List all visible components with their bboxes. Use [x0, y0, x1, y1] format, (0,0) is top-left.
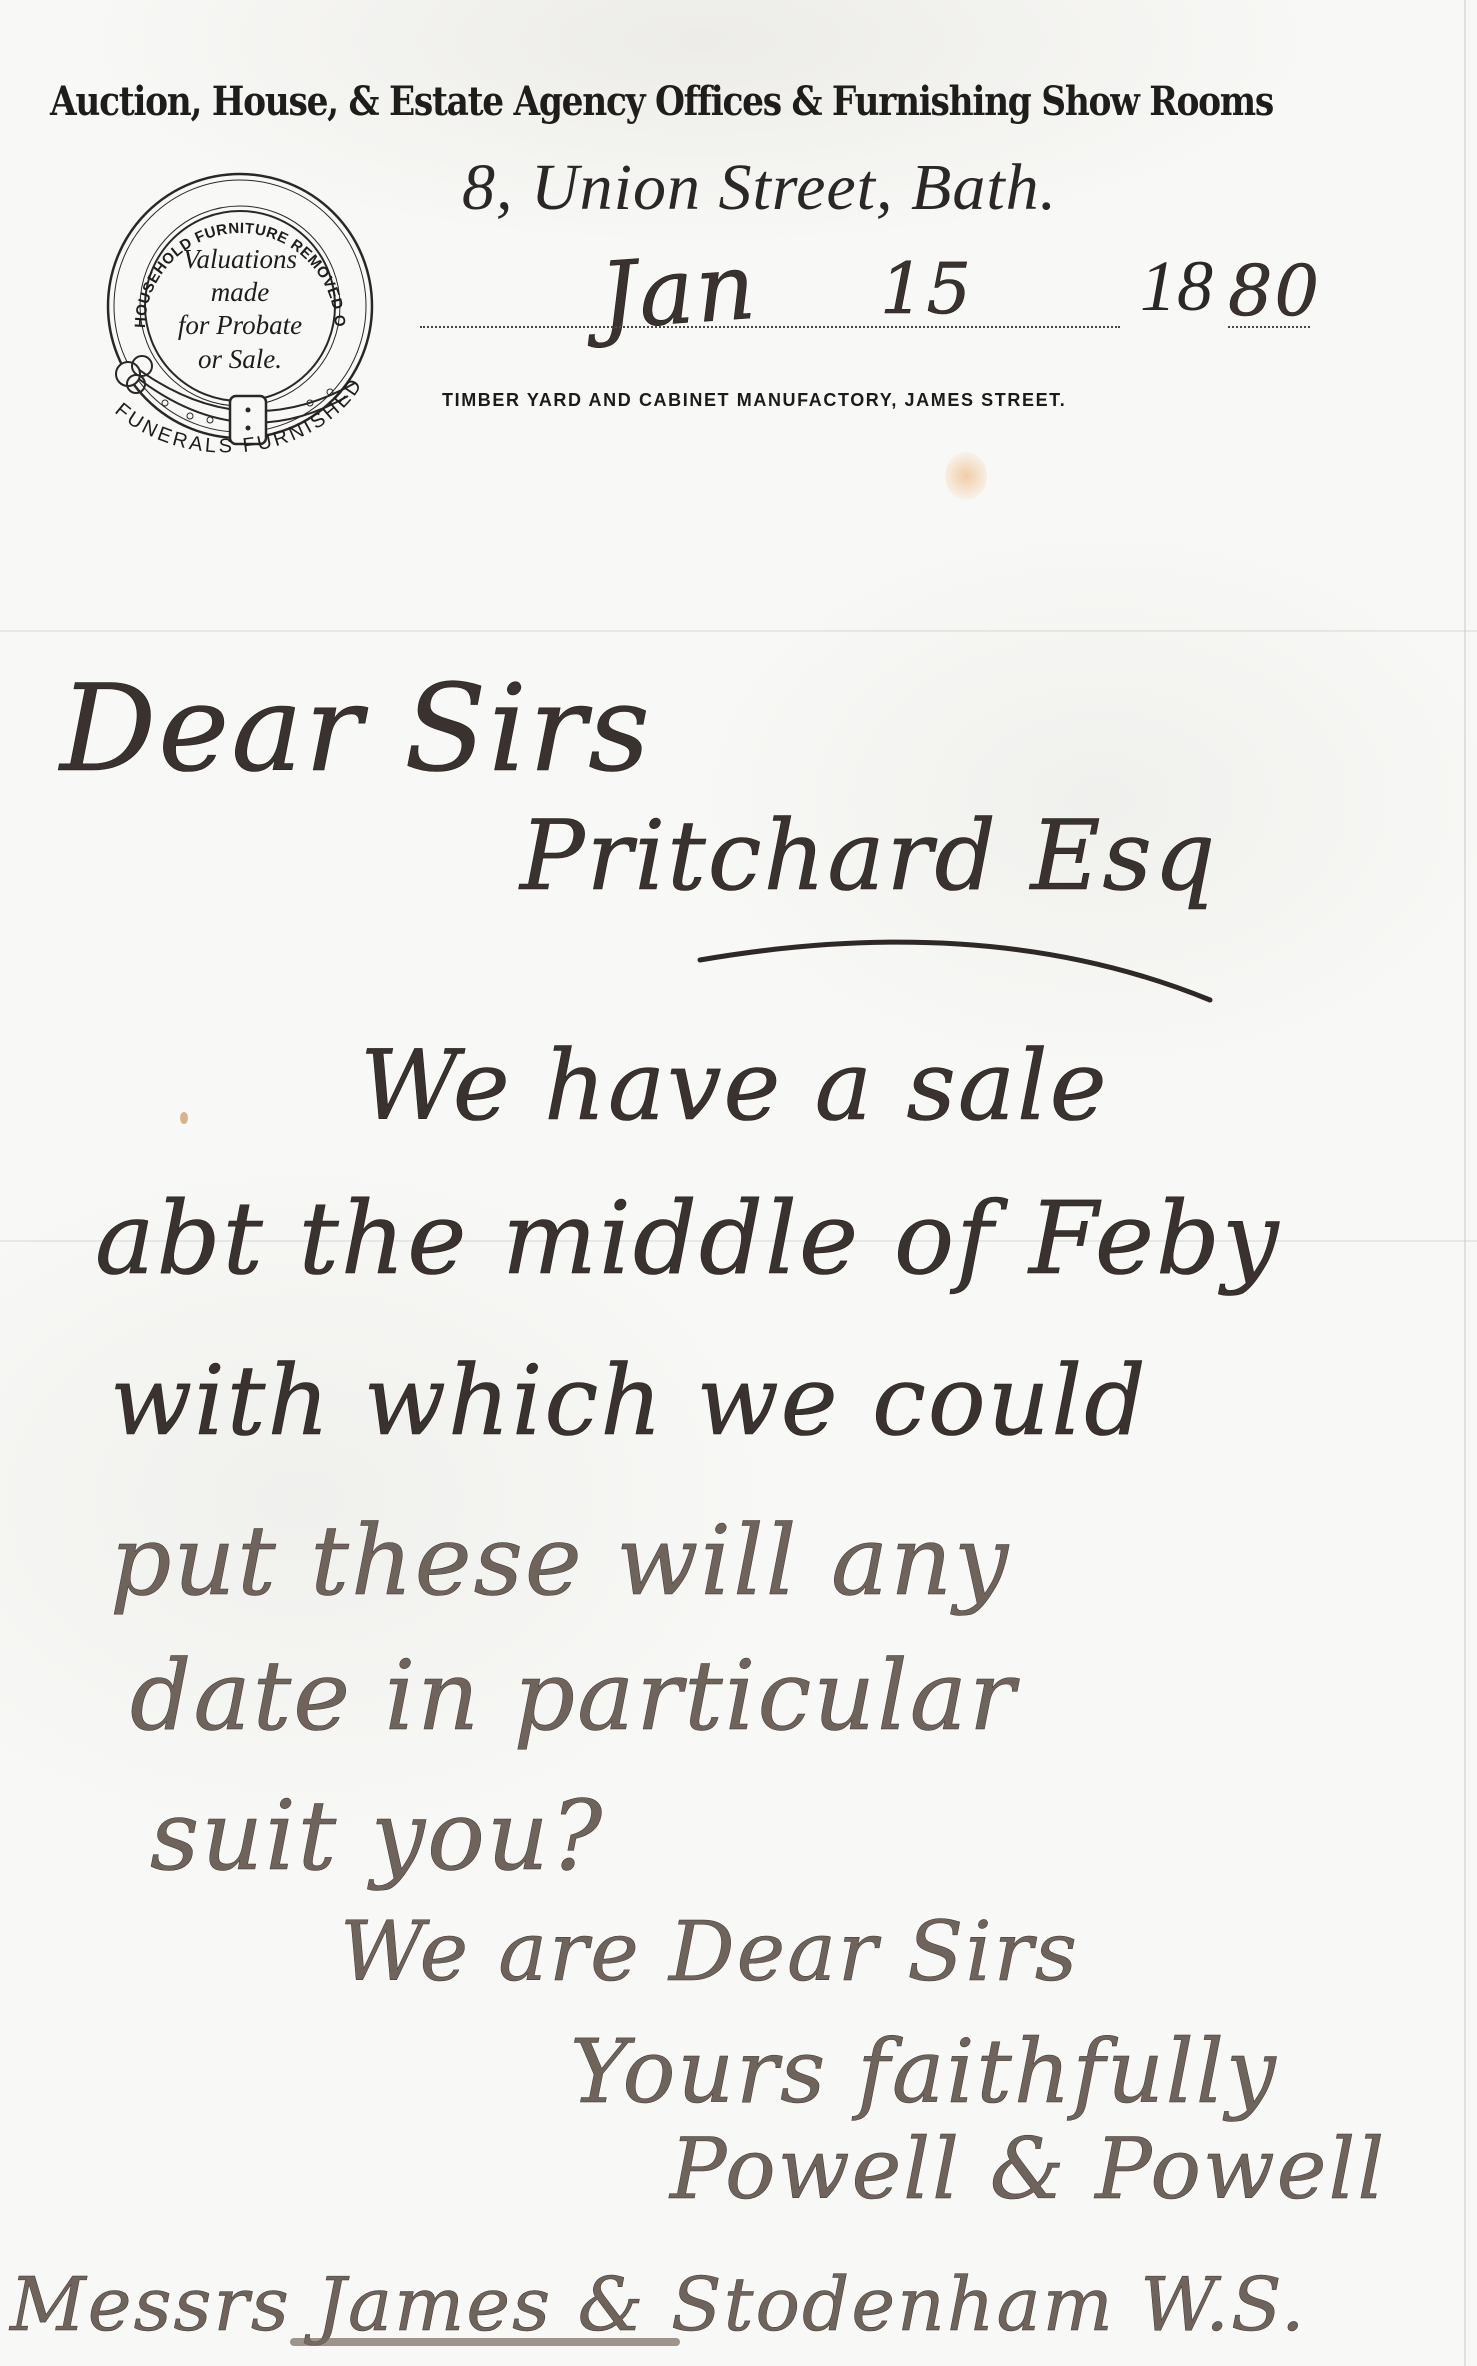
body-line-4: put these will any	[110, 1505, 1010, 1617]
date-day: 15	[880, 248, 973, 330]
reference-underline-flourish	[690, 920, 1250, 1010]
foxing-spot	[180, 1112, 188, 1124]
svg-text:made: made	[211, 277, 269, 307]
foxing-stain	[945, 452, 987, 500]
body-line-5: date in particular	[130, 1640, 1017, 1752]
body-line-2: abt the middle of Feby	[95, 1180, 1281, 1297]
letter-page: Auction, House, & Estate Agency Offices …	[0, 0, 1477, 2366]
closing-line: We are Dear Sirs	[340, 1905, 1079, 2000]
date-dotted-line-year	[1228, 326, 1310, 328]
paper-edge	[1464, 0, 1466, 2366]
letterhead-timber-yard: TIMBER YARD AND CABINET MANUFACTORY, JAM…	[442, 390, 1066, 411]
body-line-6: suit you?	[150, 1780, 604, 1892]
svg-text:or Sale.: or Sale.	[198, 344, 282, 374]
body-line-3: with which we could	[110, 1345, 1148, 1457]
belt-and-buckle-seal-icon: HOUSEHOLD FURNITURE REMOVED OR WAREHOUSE…	[90, 158, 390, 498]
addressee-line: Messrs James & Stodenham W.S.	[10, 2262, 1307, 2348]
valediction: Yours faithfully	[570, 2020, 1278, 2123]
reference-line: Pritchard Esq	[520, 800, 1217, 912]
salutation: Dear Sirs	[60, 660, 652, 799]
date-year-suffix: 80	[1228, 250, 1321, 332]
svg-text:for Probate: for Probate	[178, 310, 302, 340]
body-line-1: We have a sale	[360, 1030, 1109, 1142]
date-year-prefix: 18	[1140, 245, 1214, 328]
date-month: Jan	[596, 233, 760, 351]
letterhead-title: Auction, House, & Estate Agency Offices …	[50, 78, 1273, 125]
date-dotted-line	[420, 326, 1120, 328]
signature: Powell & Powell	[670, 2120, 1386, 2218]
paper-fold-line	[0, 630, 1477, 632]
svg-text:Valuations: Valuations	[183, 244, 297, 274]
letterhead-address: 8, Union Street, Bath.	[462, 150, 1057, 226]
addressee-underline	[290, 2338, 680, 2346]
